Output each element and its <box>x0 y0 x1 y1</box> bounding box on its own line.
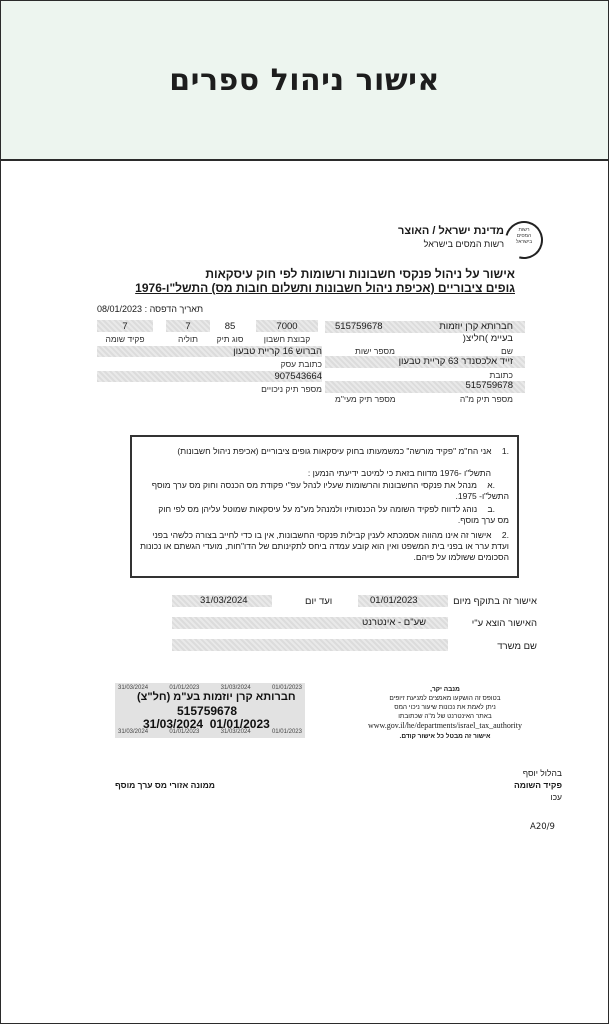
assessing-officer-value: 7 <box>97 321 153 332</box>
signer-title: פקיד השומה <box>514 780 562 790</box>
entity-name-label: שם <box>501 346 513 356</box>
stamp-date: 31/03/2024 <box>221 729 251 735</box>
entity-name-value-2: בעיימ )חליצ( <box>463 333 513 344</box>
page-code: A20/9 <box>530 822 555 832</box>
document-subtitle: גופים ציבוריים (אכיפת ניהול חשבונות ותשל… <box>135 281 515 295</box>
stamp-date: 31/03/2024 <box>118 729 148 735</box>
security-stamp: 31/03/2024 01/01/2023 31/03/2024 01/01/2… <box>115 683 305 738</box>
account-group-value: 7000 <box>252 321 322 332</box>
declaration-item-2: .2 אישור זה אינו מהווה אסמכתא לענין קביל… <box>139 530 509 563</box>
dependent-value: 7 <box>166 321 210 332</box>
vat-file-label: מספר תיק מעי"מ <box>335 394 396 404</box>
tax-authority-link[interactable]: www.gov.il/he/departments/israel_tax_aut… <box>350 721 540 730</box>
office-label: שם משרד <box>497 641 537 652</box>
declaration-box: .1 אני הח"מ "פקיד מורשה" כמשמעותו בחוק ע… <box>130 435 519 578</box>
logo-text: רשות המסים בישראל <box>511 227 537 253</box>
declaration-item-1: .1 אני הח"מ "פקיד מורשה" כמשמעותו בחוק ע… <box>149 446 509 457</box>
document-title: אישור על ניהול פנקסי חשבונות ורשומות לפי… <box>205 267 515 281</box>
account-group-label: קבוצת חשבון <box>252 334 322 344</box>
entity-number-label: מספר ישות <box>355 346 395 356</box>
entity-name-value: חברותא קרן יוזמות <box>439 321 513 332</box>
address-label: כתובת <box>490 370 514 380</box>
item-number: .1 <box>502 446 509 456</box>
income-tax-file-label: מספר תיק מ"ה <box>460 394 513 404</box>
item-text: אישור זה אינו מהווה אסמכתא לענין קבילות … <box>140 530 509 562</box>
stamp-row: 31/03/2024 01/01/2023 31/03/2024 01/01/2… <box>115 729 305 735</box>
item-number: .ב <box>488 504 495 514</box>
item-text: נוהג לדווח לפקיד השומה על הכנסותיו ולמנה… <box>158 504 509 525</box>
notice-line: בטופס זה הושקעו מאמצים למניעת זיופים <box>350 694 540 703</box>
gov-subtitle: רשות המסים בישראל <box>424 239 504 249</box>
banner: אישור ניהול ספרים <box>1 1 608 161</box>
stamp-date: 01/01/2023 <box>169 729 199 735</box>
signer-name: בהלול יוסף <box>523 768 562 778</box>
business-address-label: כתובת עסק <box>281 359 322 369</box>
gov-title: מדינת ישראל / האוצר <box>398 225 504 237</box>
valid-from-value: 01/01/2023 <box>370 595 418 606</box>
file-type-label: סוג תיק <box>208 334 252 344</box>
entity-number-value: 515759678 <box>335 321 383 332</box>
address-value: זייד אלכסנדר 63 קריית טבעון <box>399 356 513 367</box>
notice-greeting: מנבה יקר, <box>350 685 540 694</box>
issued-by-value: שע"ם - אינטרנט <box>362 617 426 628</box>
business-address-value: הברוש 16 קריית טבעון <box>233 346 322 357</box>
verification-notice: מנבה יקר, בטופס זה הושקעו מאמצים למניעת … <box>350 685 540 741</box>
certificate-document: רשות המסים בישראל מדינת ישראל / האוצר רש… <box>0 163 609 1024</box>
item-text: אני הח"מ "פקיד מורשה" כמשמעותו בחוק עיסק… <box>177 446 491 456</box>
print-date: תאריך הדפסה : 08/01/2023 <box>97 304 203 314</box>
stamp-entity-number: 515759678 <box>177 704 237 718</box>
valid-to-label: ועד יום <box>305 596 332 607</box>
issued-by-label: האישור הוצא ע"י <box>472 618 537 629</box>
print-date-value: 08/01/2023 <box>97 304 142 314</box>
vat-officer-title: ממונה אזורי מס ערך מוסף <box>115 780 215 790</box>
declaration-item-1-cont: התשל"ו -1976 מדווח בזאת כי למיטב ידיעתי … <box>161 468 491 479</box>
item-number: .א <box>487 480 495 490</box>
income-tax-file-value: 515759678 <box>465 380 513 391</box>
deductions-file-label: מספר תיק ניכויים <box>261 384 322 394</box>
notice-footer: אישור זה מבטל כל אישור קודם. <box>350 732 540 741</box>
declaration-item-1b: .ב נוהג לדווח לפקיד השומה על הכנסותיו ול… <box>149 504 509 526</box>
notice-line: ניתן לאמת את נכונות שיעור ניכוי המס <box>350 703 540 712</box>
dependent-label: תוליה <box>166 334 210 344</box>
stamp-date: 01/01/2023 <box>272 729 302 735</box>
declaration-item-1a: .א מנהל את פנקסי החשבונות והרשומות שעליו… <box>149 480 509 502</box>
item-number: .2 <box>502 530 509 540</box>
deductions-file-value: 907543664 <box>274 371 322 382</box>
stamp-entity-name: חברותא קרן יוזמות בע"מ (חל"צ) <box>137 691 296 703</box>
assessing-officer-label: פקיד שומה <box>97 334 153 344</box>
print-date-label: תאריך הדפסה : <box>145 304 204 314</box>
file-type-value: 85 <box>212 321 248 332</box>
valid-from-label: אישור זה בתוקף מיום <box>453 596 537 607</box>
signer-location: עכו <box>550 792 562 802</box>
page-title: אישור ניהול ספרים <box>169 63 440 98</box>
valid-to-value: 31/03/2024 <box>200 595 248 606</box>
redaction <box>172 639 448 651</box>
notice-line: באתר האינטרנט של מ"ה שכתובתו <box>350 712 540 721</box>
item-text: מנהל את פנקסי החשבונות והרשומות שעליו לנ… <box>152 480 509 501</box>
